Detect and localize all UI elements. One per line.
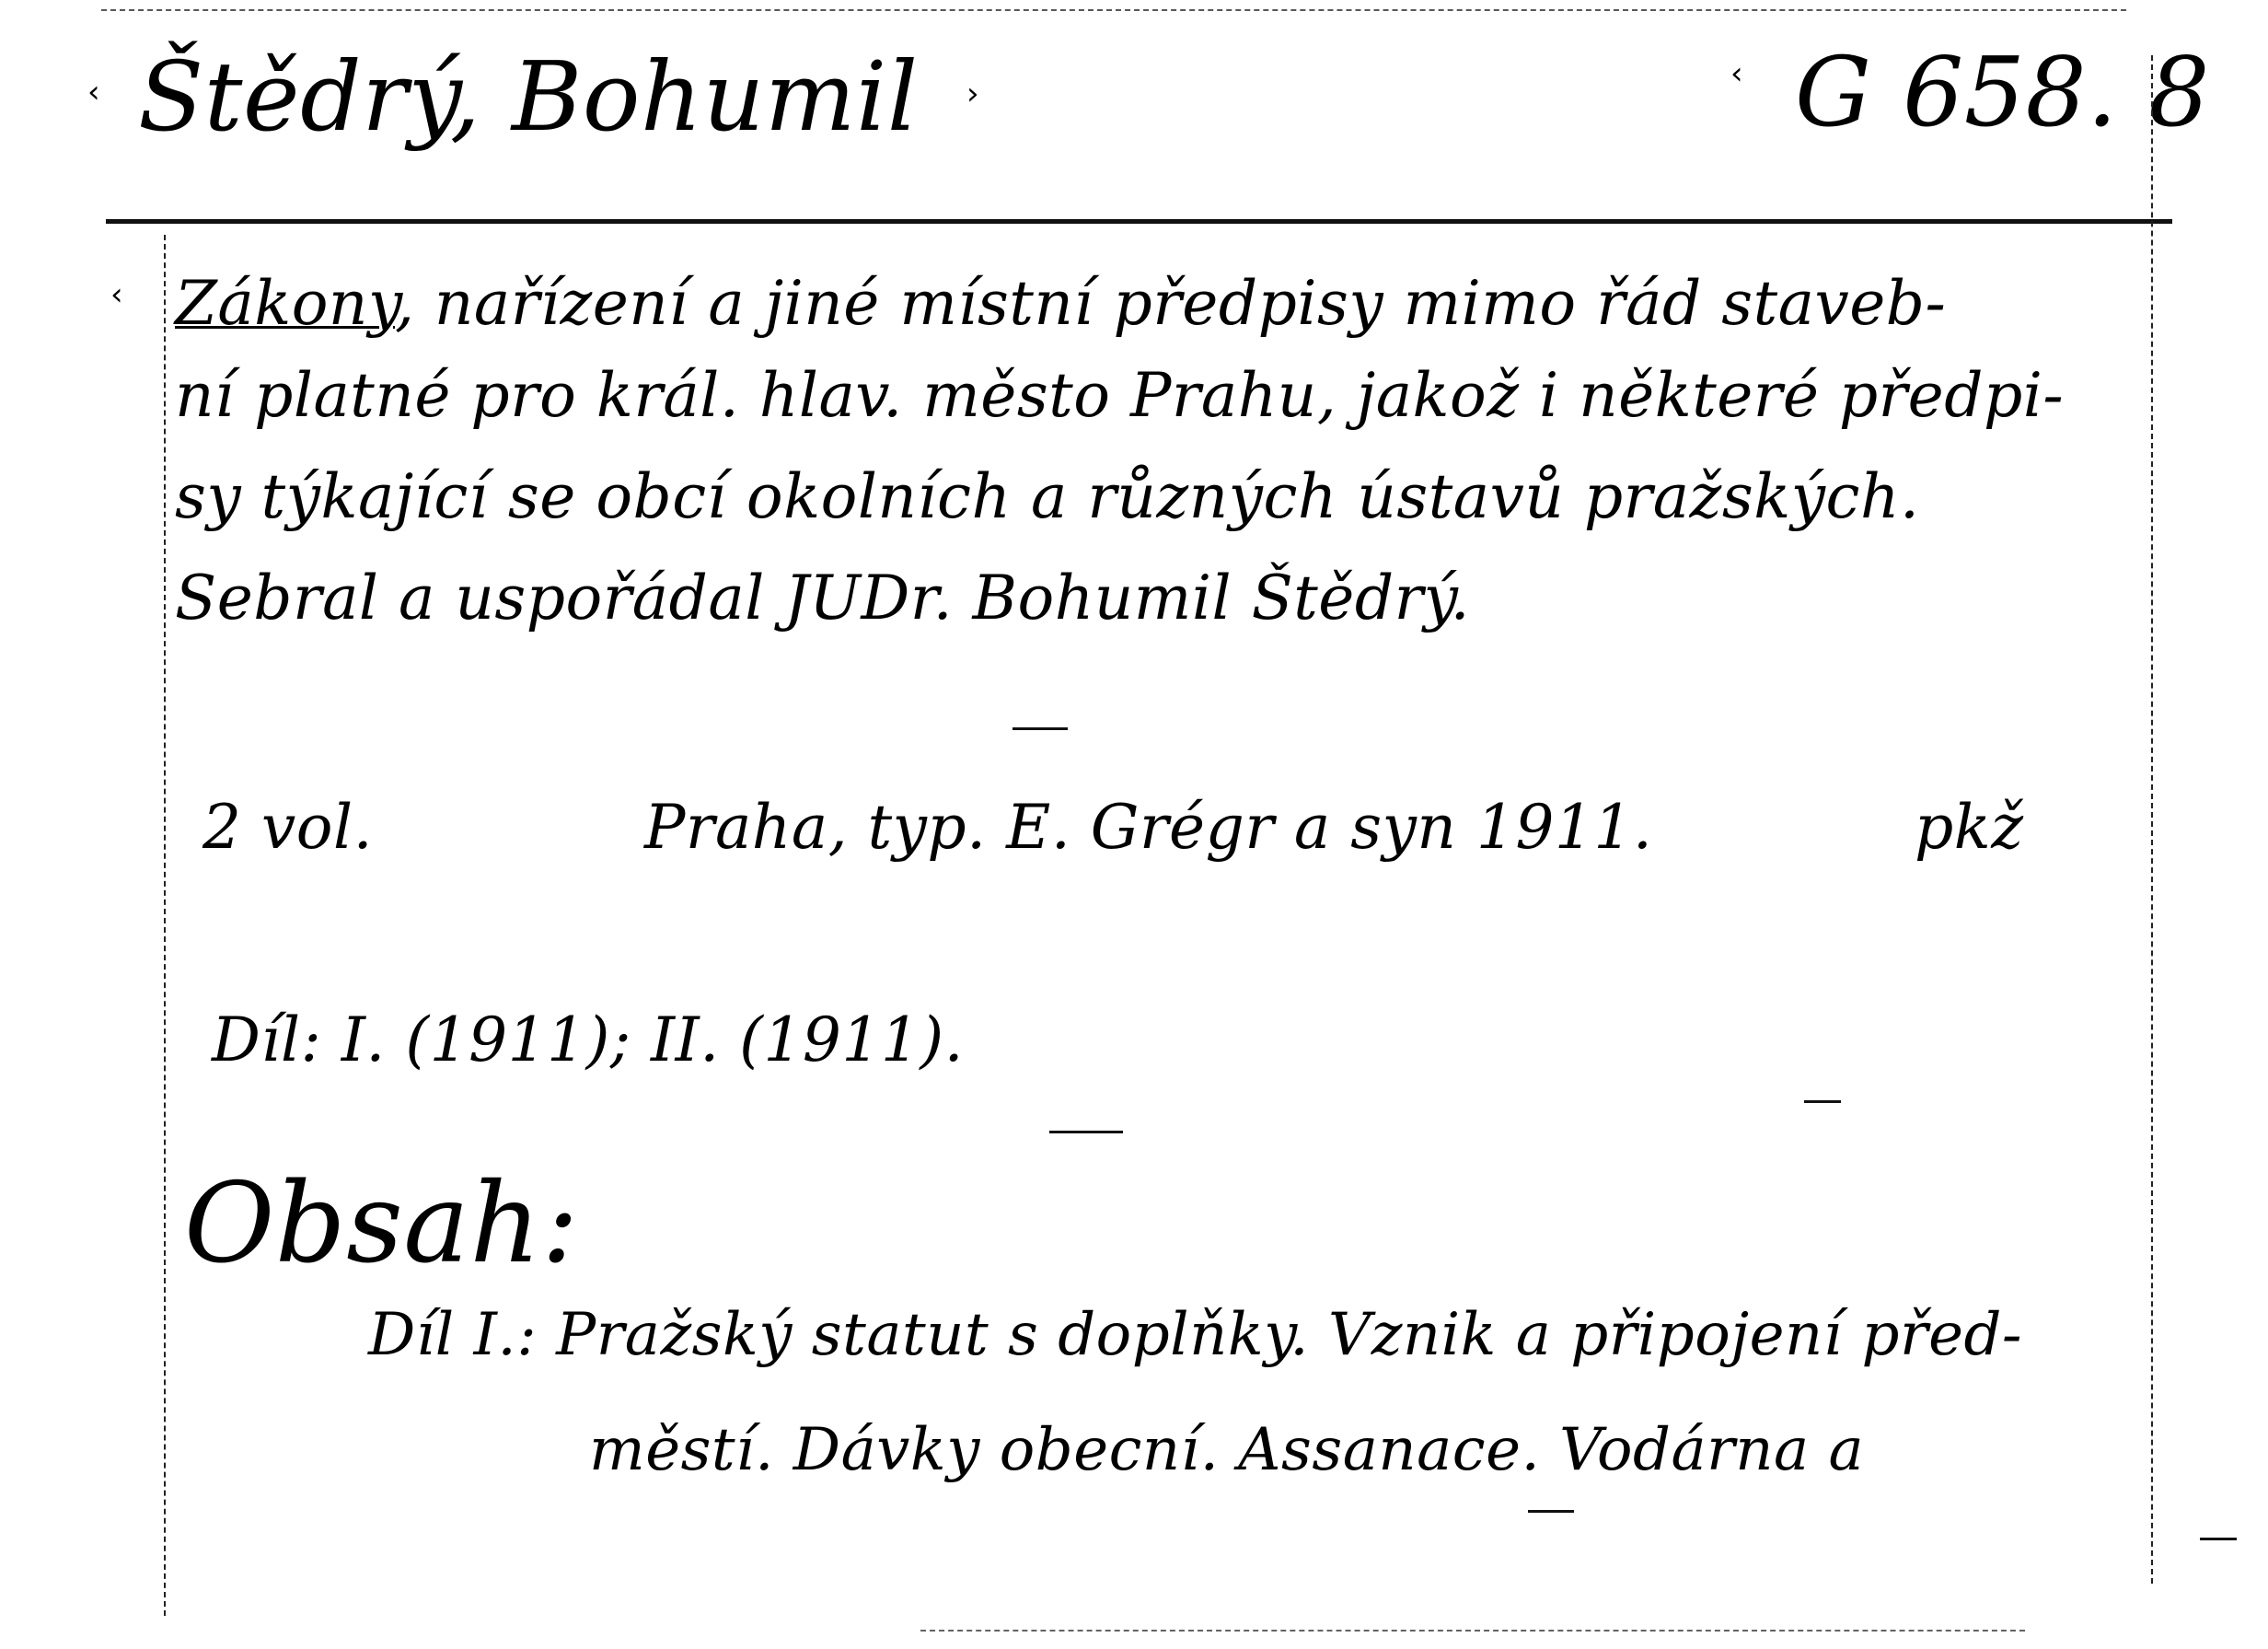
scan-top-edge [101, 9, 2126, 11]
shelfmark: G 658. 8 [1795, 32, 2210, 152]
title-first-word: Zákony [175, 268, 395, 339]
shelfmark-open-mark: ‹ [1730, 55, 1743, 92]
imprint-row: 2 vol. Praha, typ. E. Grégr a syn 1911. … [202, 792, 2135, 884]
card-author: Štědrý, Bohumil [138, 37, 919, 157]
format-note: pkž [1915, 792, 2024, 863]
right-margin-line [2151, 55, 2153, 1584]
title-open-mark: ‹ [110, 276, 123, 313]
catalog-card: ‹ Štědrý, Bohumil › ‹ G 658. 8 ‹ Zákony,… [0, 0, 2268, 1649]
scan-speck [1804, 1100, 1841, 1103]
contents-line-1: Díl I.: Pražský statut s doplňky. Vznik … [368, 1294, 2022, 1376]
scan-speck [1012, 727, 1068, 730]
left-margin-line [164, 235, 166, 1616]
scan-bottom-edge [920, 1630, 2025, 1632]
title-line-3: sy týkající se obcí okolních a různých ú… [175, 456, 1919, 539]
title-line-4-statement-of-responsibility: Sebral a uspořádal JUDr. Bohumil Štědrý. [175, 557, 1470, 640]
scan-speck [2200, 1538, 2237, 1540]
scan-speck [1528, 1510, 1574, 1513]
author-close-mark: › [966, 75, 979, 112]
title-line-1-text: Zákony, nařízení a jiné místní předpisy … [175, 268, 1946, 339]
author-open-mark: ‹ [87, 74, 100, 110]
contents-line-2: městí. Dávky obecní. Assanace. Vodárna a [589, 1409, 1864, 1492]
volume-count: 2 vol. [202, 792, 373, 863]
parts-statement: Díl: I. (1911); II. (1911). [212, 999, 964, 1082]
title-line-2: ní platné pro král. hlav. město Prahu, j… [175, 354, 2064, 437]
contents-heading: Obsah: [184, 1155, 579, 1294]
title-line-1: Zákony, nařízení a jiné místní předpisy … [175, 262, 1946, 345]
scan-speck [1049, 1131, 1123, 1133]
publication-info: Praha, typ. E. Grégr a syn 1911. [644, 792, 1652, 863]
heading-divider [106, 219, 2172, 224]
